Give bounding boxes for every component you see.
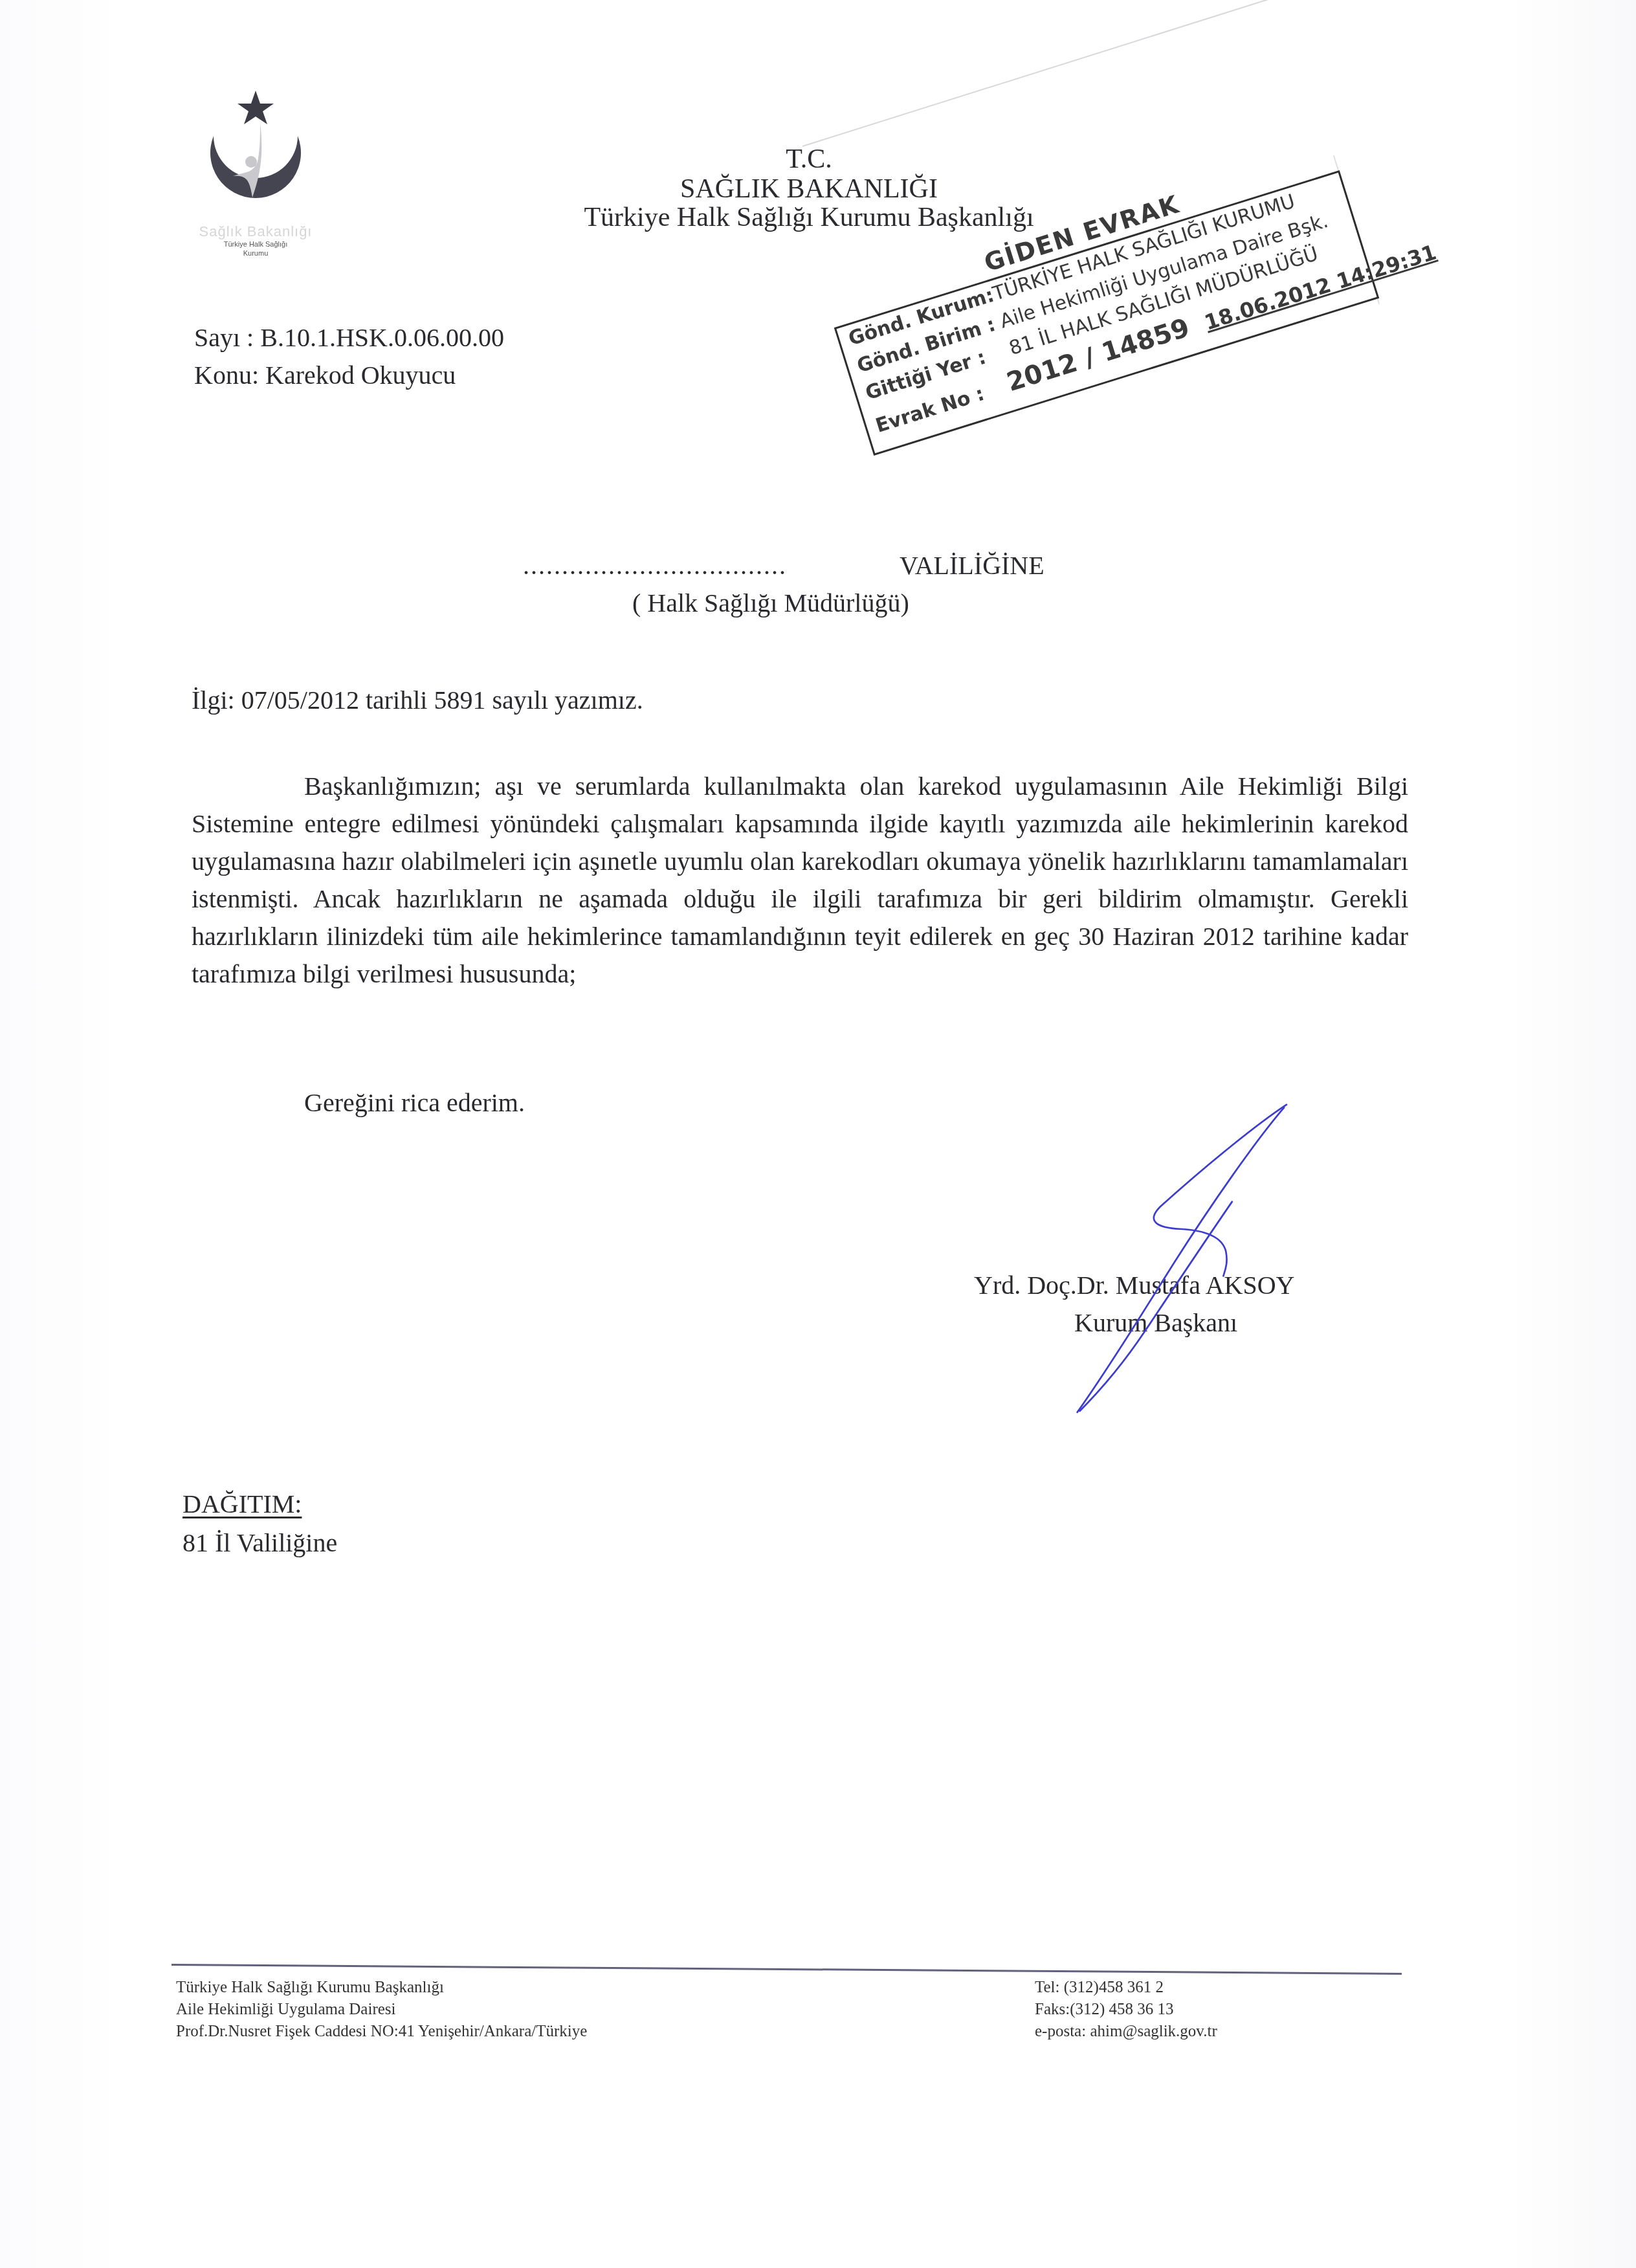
footer-department: Aile Hekimliği Uygulama Dairesi <box>176 1999 587 2021</box>
document-page: Sağlık Bakanlığı Türkiye Halk Sağlığı Ku… <box>0 0 1636 2268</box>
addressee-placeholder-dots: .................................. <box>523 550 787 581</box>
closing-line: Gereğini rica ederim. <box>304 1087 525 1118</box>
letter-body: Başkanlığımızın; aşı ve serumlarda kulla… <box>192 768 1408 993</box>
logo-caption: Sağlık Bakanlığı Türkiye Halk Sağlığı Ku… <box>175 223 337 258</box>
reference-line: İlgi: 07/05/2012 tarihli 5891 sayılı yaz… <box>192 685 643 715</box>
document-number: Sayı : B.10.1.HSK.0.06.00.00 <box>194 322 504 353</box>
distribution-item: 81 İl Valiliğine <box>182 1528 337 1558</box>
addressee-name: VALİLİĞİNE <box>900 550 1045 581</box>
header-department: Türkiye Halk Sağlığı Kurumu Başkanlığı <box>518 202 1100 233</box>
logo-caption-line2: Kurumu <box>175 249 337 258</box>
handwritten-signature-icon <box>938 1068 1424 1456</box>
signer-name: Yrd. Doç.Dr. Mustafa AKSOY <box>974 1270 1388 1300</box>
footer-address: Prof.Dr.Nusret Fişek Caddesi NO:41 Yeniş… <box>176 2021 587 2043</box>
header-ministry: SAĞLIK BAKANLIĞI <box>518 173 1100 205</box>
footer-contact-block: Tel: (312)458 361 2 Faks:(312) 458 36 13… <box>1035 1977 1217 2043</box>
header-tc: T.C. <box>518 144 1100 175</box>
addressee-subtitle: ( Halk Sağlığı Müdürlüğü) <box>632 588 909 618</box>
footer-institution: Türkiye Halk Sağlığı Kurumu Başkanlığı <box>176 1977 587 1999</box>
logo-caption-line1: Türkiye Halk Sağlığı <box>175 240 337 249</box>
document-subject: Konu: Karekod Okuyucu <box>194 360 456 390</box>
signer-title: Kurum Başkanı <box>1074 1307 1268 1338</box>
footer-divider <box>171 1964 1402 1975</box>
footer-address-block: Türkiye Halk Sağlığı Kurumu Başkanlığı A… <box>176 1977 587 2043</box>
distribution-title: DAĞITIM: <box>182 1489 302 1519</box>
footer-phone: Tel: (312)458 361 2 <box>1035 1977 1217 1999</box>
stamp-paper-edge <box>802 0 1358 147</box>
logo-ministry-text: Sağlık Bakanlığı <box>175 223 337 240</box>
footer-fax: Faks:(312) 458 36 13 <box>1035 1999 1217 2021</box>
footer-email: e-posta: ahim@saglik.gov.tr <box>1035 2021 1217 2043</box>
